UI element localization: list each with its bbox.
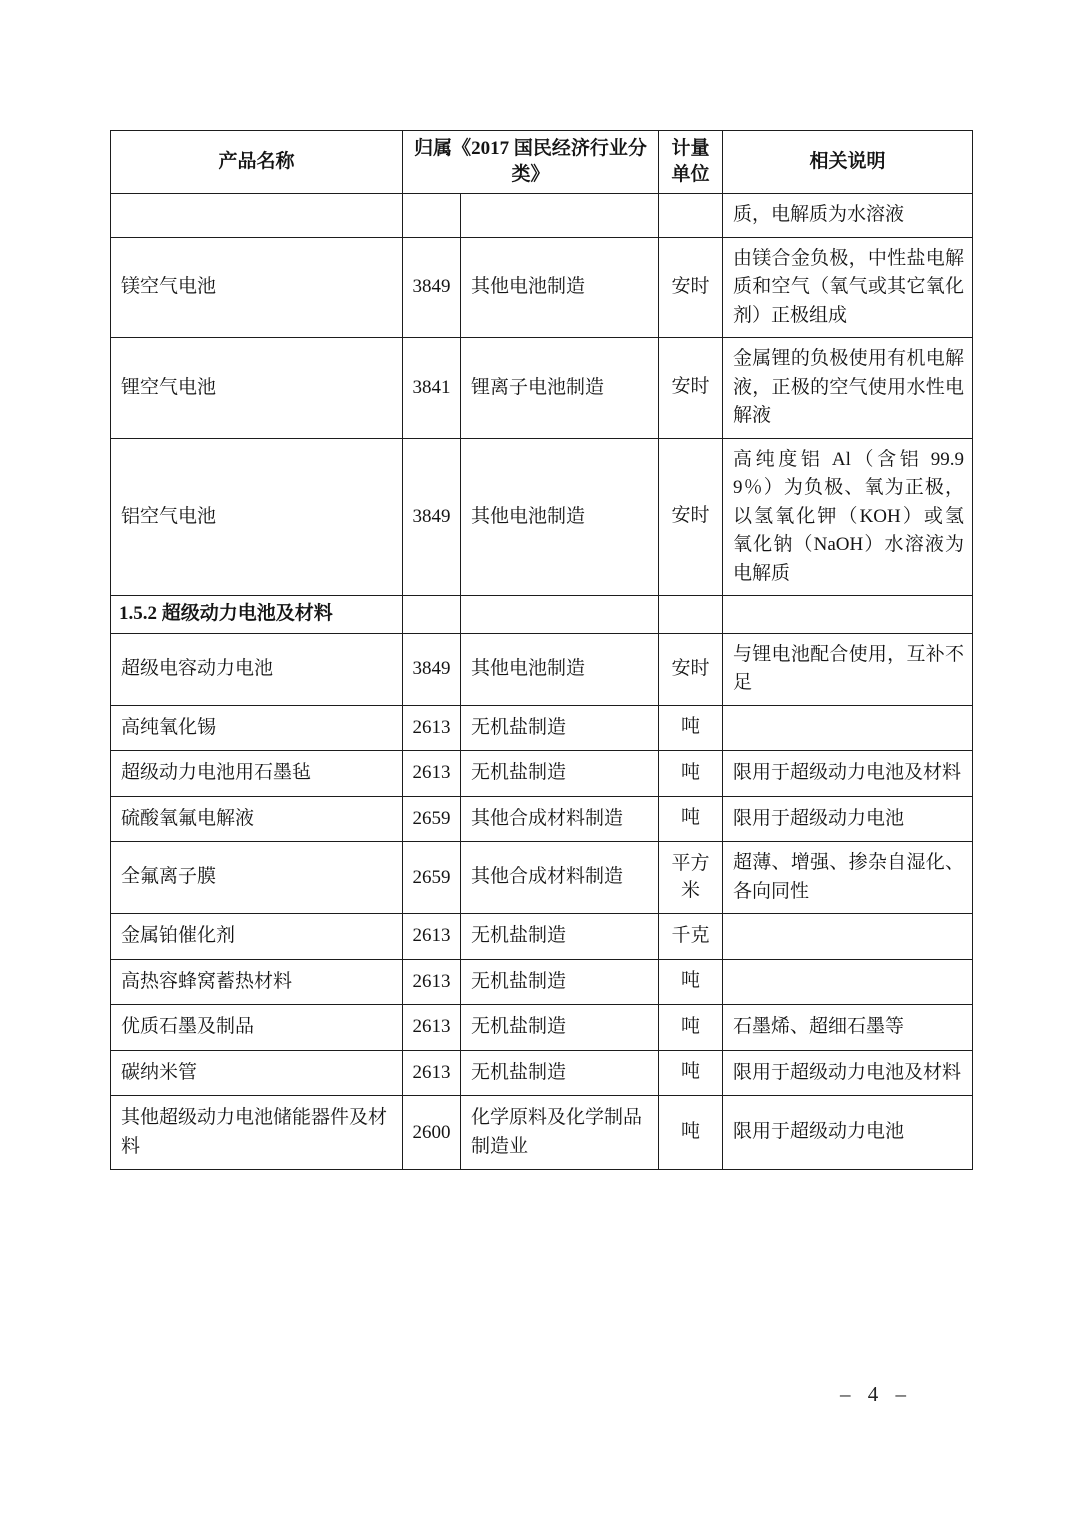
cell-unit: 吨 bbox=[659, 1096, 723, 1170]
table-row: 碳纳米管2613无机盐制造吨限用于超级动力电池及材料 bbox=[111, 1050, 973, 1096]
cell-unit: 吨 bbox=[659, 959, 723, 1005]
cell-industry-name: 其他电池制造 bbox=[461, 237, 659, 338]
cell-product-name bbox=[111, 194, 403, 238]
cell-note bbox=[723, 959, 973, 1005]
cell-industry-name bbox=[461, 596, 659, 634]
cell-unit: 千克 bbox=[659, 914, 723, 960]
cell-note: 由镁合金负极，中性盐电解质和空气（氧气或其它氧化剂）正极组成 bbox=[723, 237, 973, 338]
cell-note: 高纯度铝 Al（含铝 99.99％）为负极、氧为正极，以氢氧化钾（KOH）或氢氧… bbox=[723, 438, 973, 596]
cell-unit bbox=[659, 194, 723, 238]
cell-industry-code: 2613 bbox=[403, 751, 461, 797]
cell-unit: 吨 bbox=[659, 705, 723, 751]
cell-industry-code: 2600 bbox=[403, 1096, 461, 1170]
cell-unit: 吨 bbox=[659, 796, 723, 842]
cell-note: 限用于超级动力电池 bbox=[723, 1096, 973, 1170]
table-row: 高纯氧化锡2613无机盐制造吨 bbox=[111, 705, 973, 751]
cell-product-name: 铝空气电池 bbox=[111, 438, 403, 596]
cell-product-name: 优质石墨及制品 bbox=[111, 1005, 403, 1051]
product-table-body: 质，电解质为水溶液镁空气电池3849其他电池制造安时由镁合金负极，中性盐电解质和… bbox=[111, 194, 973, 1170]
cell-note: 限用于超级动力电池及材料 bbox=[723, 751, 973, 797]
cell-product-name: 镁空气电池 bbox=[111, 237, 403, 338]
header-industry-classification: 归属《2017 国民经济行业分类》 bbox=[403, 131, 659, 194]
cell-unit: 吨 bbox=[659, 751, 723, 797]
header-row: 产品名称 归属《2017 国民经济行业分类》 计量单位 相关说明 bbox=[111, 131, 973, 194]
cell-product-name: 超级电容动力电池 bbox=[111, 633, 403, 705]
table-row: 其他超级动力电池储能器件及材料2600化学原料及化学制品制造业吨限用于超级动力电… bbox=[111, 1096, 973, 1170]
table-row: 全氟离子膜2659其他合成材料制造平方米超薄、增强、掺杂自湿化、各向同性 bbox=[111, 842, 973, 914]
cell-note: 石墨烯、超细石墨等 bbox=[723, 1005, 973, 1051]
table-row: 高热容蜂窝蓄热材料2613无机盐制造吨 bbox=[111, 959, 973, 1005]
cell-industry-name: 其他电池制造 bbox=[461, 633, 659, 705]
cell-note: 限用于超级动力电池及材料 bbox=[723, 1050, 973, 1096]
table-row: 硫酸氧氟电解液2659其他合成材料制造吨限用于超级动力电池 bbox=[111, 796, 973, 842]
header-unit: 计量单位 bbox=[659, 131, 723, 194]
cell-industry-code bbox=[403, 596, 461, 634]
cell-industry-name: 化学原料及化学制品制造业 bbox=[461, 1096, 659, 1170]
cell-unit: 安时 bbox=[659, 237, 723, 338]
cell-unit: 平方米 bbox=[659, 842, 723, 914]
cell-industry-code: 2613 bbox=[403, 1005, 461, 1051]
cell-industry-name bbox=[461, 194, 659, 238]
cell-industry-code: 2613 bbox=[403, 1050, 461, 1096]
cell-industry-code: 3849 bbox=[403, 633, 461, 705]
cell-product-name: 硫酸氧氟电解液 bbox=[111, 796, 403, 842]
cell-industry-code: 2659 bbox=[403, 842, 461, 914]
cell-note: 超薄、增强、掺杂自湿化、各向同性 bbox=[723, 842, 973, 914]
cell-industry-name: 无机盐制造 bbox=[461, 705, 659, 751]
cell-product-name: 全氟离子膜 bbox=[111, 842, 403, 914]
section-row: 1.5.2 超级动力电池及材料 bbox=[111, 596, 973, 634]
cell-unit bbox=[659, 596, 723, 634]
table-header: 产品名称 归属《2017 国民经济行业分类》 计量单位 相关说明 bbox=[111, 131, 973, 194]
cell-industry-code bbox=[403, 194, 461, 238]
products-table: 产品名称 归属《2017 国民经济行业分类》 计量单位 相关说明 质，电解质为水… bbox=[110, 130, 973, 1170]
cell-product-name: 高热容蜂窝蓄热材料 bbox=[111, 959, 403, 1005]
cell-note bbox=[723, 914, 973, 960]
cell-product-name: 高纯氧化锡 bbox=[111, 705, 403, 751]
cell-industry-name: 其他合成材料制造 bbox=[461, 842, 659, 914]
page-number: – 4 – bbox=[840, 1382, 912, 1407]
cell-product-name: 超级动力电池用石墨毡 bbox=[111, 751, 403, 797]
cell-industry-name: 无机盐制造 bbox=[461, 751, 659, 797]
cell-product-name: 碳纳米管 bbox=[111, 1050, 403, 1096]
cell-industry-code: 2613 bbox=[403, 959, 461, 1005]
cell-note: 金属锂的负极使用有机电解液，正极的空气使用水性电解液 bbox=[723, 338, 973, 439]
table-row: 镁空气电池3849其他电池制造安时由镁合金负极，中性盐电解质和空气（氧气或其它氧… bbox=[111, 237, 973, 338]
cell-unit: 安时 bbox=[659, 633, 723, 705]
cell-industry-code: 2659 bbox=[403, 796, 461, 842]
cell-industry-name: 其他电池制造 bbox=[461, 438, 659, 596]
table-row: 锂空气电池3841锂离子电池制造安时金属锂的负极使用有机电解液，正极的空气使用水… bbox=[111, 338, 973, 439]
cell-note: 质，电解质为水溶液 bbox=[723, 194, 973, 238]
cell-product-name: 其他超级动力电池储能器件及材料 bbox=[111, 1096, 403, 1170]
cell-industry-name: 锂离子电池制造 bbox=[461, 338, 659, 439]
cell-product-name: 1.5.2 超级动力电池及材料 bbox=[111, 596, 403, 634]
cell-product-name: 锂空气电池 bbox=[111, 338, 403, 439]
cell-note bbox=[723, 705, 973, 751]
document-page: 产品名称 归属《2017 国民经济行业分类》 计量单位 相关说明 质，电解质为水… bbox=[0, 0, 1080, 1527]
table-row: 金属铂催化剂2613无机盐制造千克 bbox=[111, 914, 973, 960]
header-note: 相关说明 bbox=[723, 131, 973, 194]
cell-product-name: 金属铂催化剂 bbox=[111, 914, 403, 960]
cell-unit: 安时 bbox=[659, 438, 723, 596]
cell-note: 与锂电池配合使用，互补不足 bbox=[723, 633, 973, 705]
table-row: 超级动力电池用石墨毡2613无机盐制造吨限用于超级动力电池及材料 bbox=[111, 751, 973, 797]
cell-unit: 安时 bbox=[659, 338, 723, 439]
table-row: 超级电容动力电池3849其他电池制造安时与锂电池配合使用，互补不足 bbox=[111, 633, 973, 705]
table-row: 优质石墨及制品2613无机盐制造吨石墨烯、超细石墨等 bbox=[111, 1005, 973, 1051]
cell-unit: 吨 bbox=[659, 1050, 723, 1096]
cell-industry-code: 2613 bbox=[403, 914, 461, 960]
cell-industry-code: 2613 bbox=[403, 705, 461, 751]
table-row: 质，电解质为水溶液 bbox=[111, 194, 973, 238]
cell-industry-name: 其他合成材料制造 bbox=[461, 796, 659, 842]
cell-industry-name: 无机盐制造 bbox=[461, 959, 659, 1005]
cell-unit: 吨 bbox=[659, 1005, 723, 1051]
cell-note: 限用于超级动力电池 bbox=[723, 796, 973, 842]
cell-industry-name: 无机盐制造 bbox=[461, 1005, 659, 1051]
table-row: 铝空气电池3849其他电池制造安时高纯度铝 Al（含铝 99.99％）为负极、氧… bbox=[111, 438, 973, 596]
cell-industry-name: 无机盐制造 bbox=[461, 1050, 659, 1096]
cell-industry-code: 3849 bbox=[403, 438, 461, 596]
cell-industry-code: 3841 bbox=[403, 338, 461, 439]
cell-industry-name: 无机盐制造 bbox=[461, 914, 659, 960]
header-product-name: 产品名称 bbox=[111, 131, 403, 194]
cell-industry-code: 3849 bbox=[403, 237, 461, 338]
cell-note bbox=[723, 596, 973, 634]
